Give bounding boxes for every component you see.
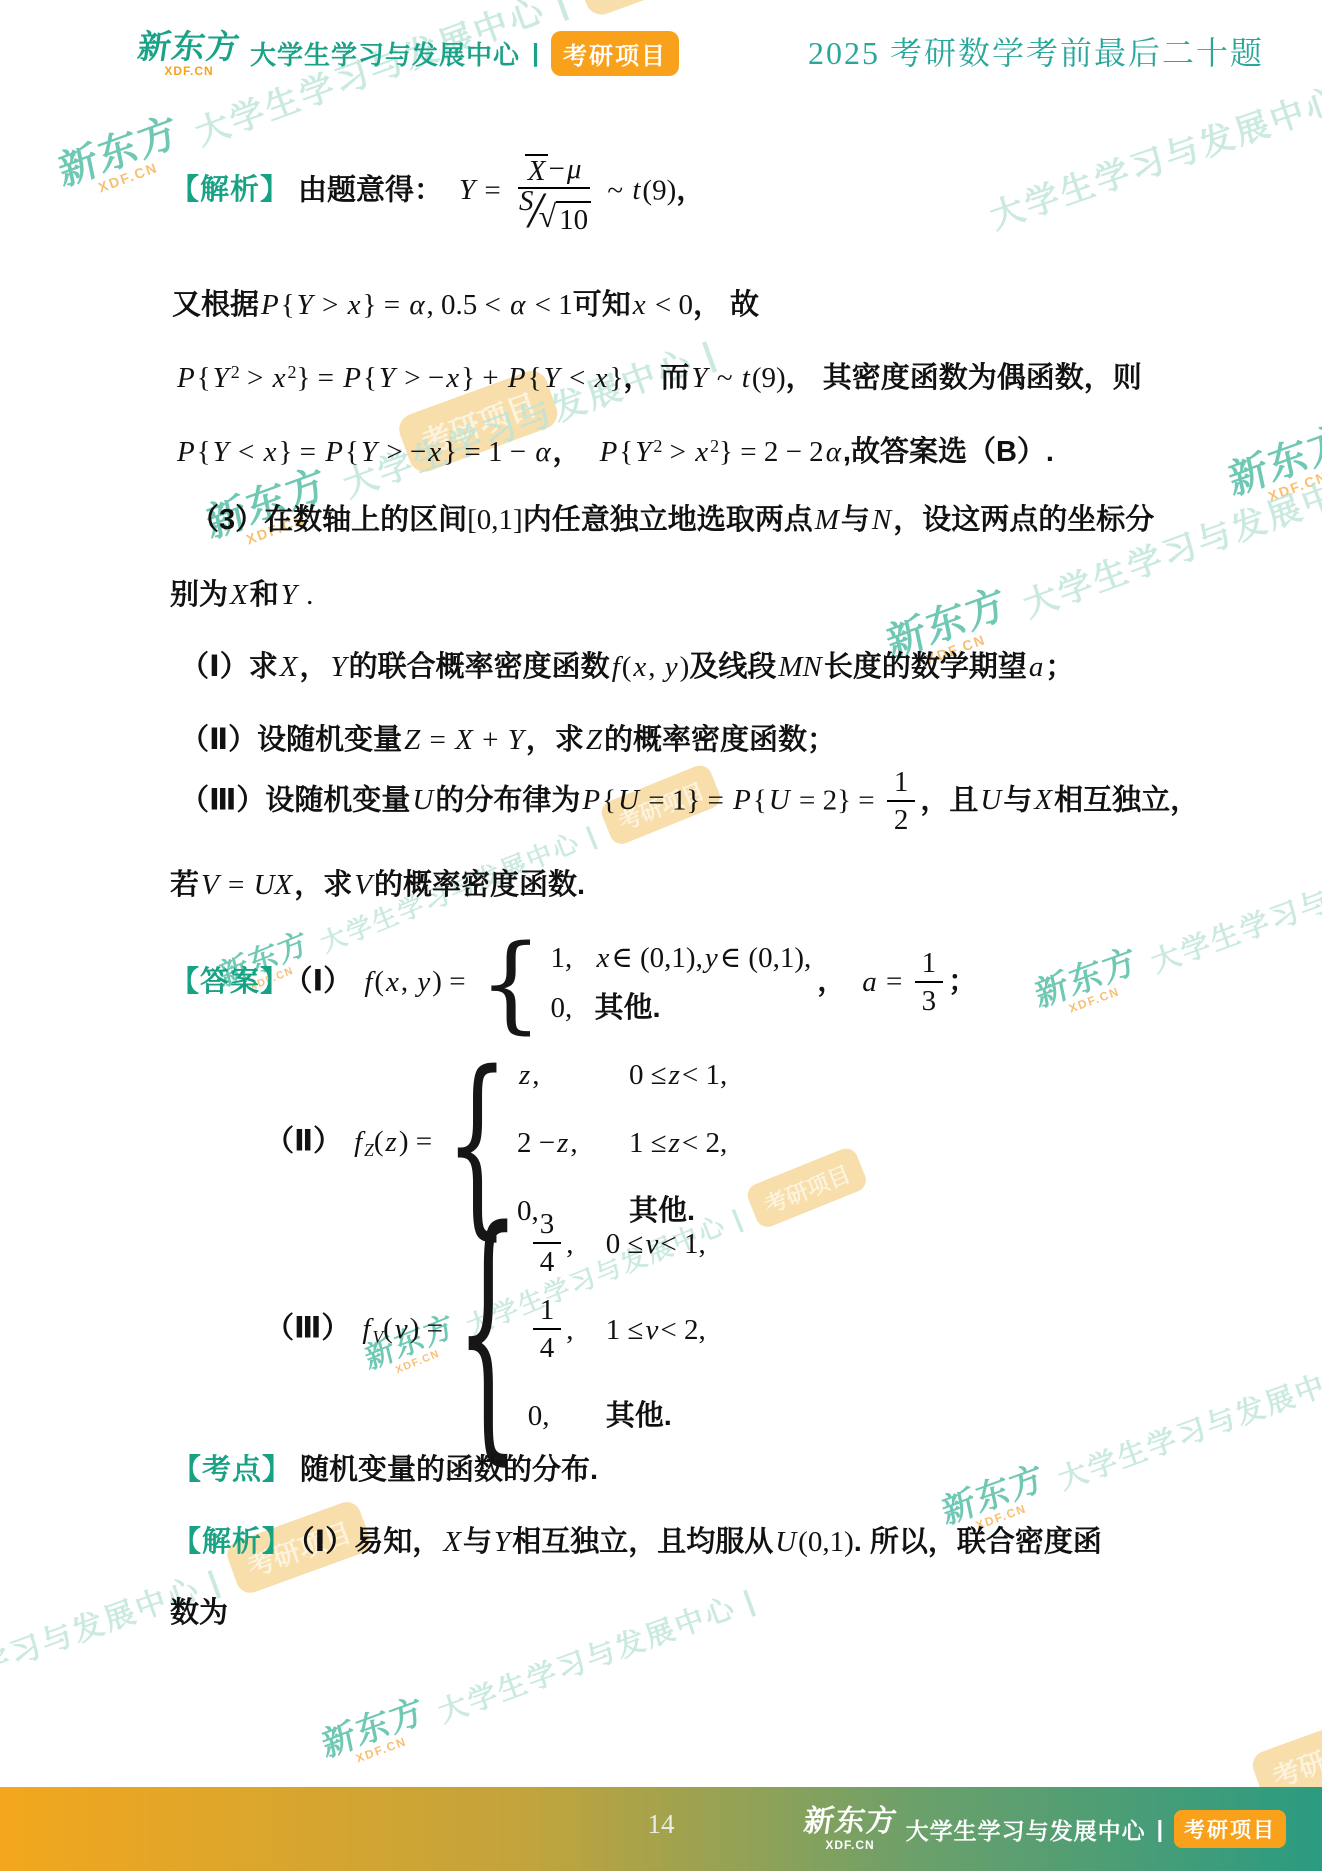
math-var: f <box>352 1126 364 1158</box>
math-run: { <box>281 289 295 321</box>
math-run: 3 <box>540 1207 555 1242</box>
math-var: U <box>978 784 1003 816</box>
footer-brand-domain: XDF.CN <box>825 1839 874 1851</box>
text-run: ， 故 <box>693 289 759 321</box>
piecewise-cases: {1,x ∈ (0,1), y ∈ (0,1),0,其他. <box>479 933 811 1033</box>
math-run: = <box>879 966 910 998</box>
math-var: v <box>393 1313 410 1345</box>
math-run: { <box>197 436 211 468</box>
math-run: ( <box>622 651 632 683</box>
doc-line-2: 又根据P{Y > x} = α, 0.5 < α < 1可知x < 0， 故 <box>172 285 759 326</box>
case-row: z,0 ≤ z < 1, <box>517 1041 727 1109</box>
math-var: U <box>410 784 435 816</box>
math-run: } = <box>363 289 408 321</box>
math-run: , <box>566 1224 573 1265</box>
math-run: , 0.5 < <box>427 289 509 321</box>
section-label: 【解析】 <box>170 174 290 206</box>
math-var: α <box>407 289 426 321</box>
superscript: 2 <box>231 362 240 382</box>
math-var: Y <box>279 579 299 611</box>
math-run: ~ <box>600 174 630 206</box>
math-run: ~ <box>710 362 740 394</box>
text-run: . 所以，联合密度函 <box>854 1526 1102 1558</box>
math-var: V <box>352 869 374 901</box>
math-run: 0 ≤ <box>629 1055 667 1096</box>
doc-line-15: 【解析】（Ⅰ）易知，X与Y相互独立，且均服从U(0,1). 所以，联合密度函 <box>172 1522 1102 1563</box>
text-run: （Ⅱ）设随机变量 <box>180 724 402 756</box>
math-var: v <box>643 1224 660 1265</box>
math-var: x <box>631 289 648 321</box>
text-run: ，求 <box>294 869 352 901</box>
text-run: 随机变量的函数的分布. <box>300 1454 598 1486</box>
text-run: 及线段 <box>689 651 776 683</box>
text-run: ； <box>948 966 977 998</box>
text-run: 由题意得： <box>298 174 443 206</box>
document-page: 新东方XDF.CN大学生学习与发展中心 |考研项目大学生学习与发展中心 |考研项… <box>0 0 1322 1871</box>
math-run: ( <box>374 966 384 998</box>
math-var: z <box>555 1123 570 1164</box>
math-var: P <box>323 436 345 468</box>
math-run: , <box>570 1123 577 1164</box>
math-var: x <box>384 966 401 998</box>
text-run: ， 而 <box>623 362 689 394</box>
text-run: ， 其密度函数为偶函数，则 <box>786 362 1142 394</box>
math-var: t <box>740 362 752 394</box>
center-name: 大学生学习与发展中心 <box>250 35 520 72</box>
math-run: , <box>401 966 416 998</box>
math-run: < 1, <box>660 1224 705 1265</box>
document-content: 【解析】由题意得：Y = X − μS/√10 ~ t(9)，又根据P{Y > … <box>0 0 1322 1871</box>
math-var: P <box>259 289 281 321</box>
text-run: ，且 <box>920 784 978 816</box>
text-run: （3）在数轴上的区间 <box>190 504 467 536</box>
math-var: a <box>1027 651 1046 683</box>
math-var: Z <box>584 724 604 756</box>
math-var: z <box>667 1123 682 1164</box>
math-run: = <box>477 174 508 206</box>
doc-line-5: （3）在数轴上的区间[0,1]内任意独立地选取两点M与N，设这两点的坐标分 <box>190 500 1154 541</box>
math-run: > <box>662 436 693 468</box>
doc-line-11: 【答案】（Ⅰ）f(x, y) = {1,x ∈ (0,1), y ∈ (0,1)… <box>170 933 977 1033</box>
footer-program-badge: 考研项目 <box>1174 1810 1286 1848</box>
footer-logo: 新东方 XDF.CN 大学生学习与发展中心 | 考研项目 <box>804 1807 1286 1851</box>
text-run: ， <box>300 651 329 683</box>
math-run: 1, <box>550 938 572 979</box>
fraction: X − μS/√10 <box>513 152 595 231</box>
math-run: (0,1) <box>798 1526 854 1558</box>
math-var: Y <box>211 436 231 468</box>
text-run: ， <box>553 436 582 468</box>
piecewise-cases: {34,0 ≤ v < 1,14,1 ≤ v < 2,0,其他. <box>456 1201 706 1459</box>
math-var: y <box>703 938 720 979</box>
math-var: Y <box>359 436 379 468</box>
math-var: P <box>580 784 602 816</box>
math-run: [0,1] <box>467 504 523 536</box>
math-run: } + <box>461 362 506 394</box>
math-var: P <box>175 436 197 468</box>
math-run: > − <box>379 436 426 468</box>
math-run: < <box>231 436 262 468</box>
math-run: = <box>422 724 453 756</box>
math-run: { <box>197 362 211 394</box>
math-var: z <box>517 1055 532 1096</box>
doc-line-14: 【考点】随机变量的函数的分布. <box>172 1450 598 1491</box>
math-var: x <box>631 651 648 683</box>
math-var: V <box>199 869 221 901</box>
subscript: Z <box>364 1140 374 1160</box>
curly-brace: { <box>456 1215 520 1445</box>
math-run: . <box>299 579 314 611</box>
math-var: α <box>533 436 552 468</box>
math-var: v <box>643 1310 660 1351</box>
doc-line-6: 别为X和Y . <box>170 575 313 616</box>
text-run: 与 <box>463 1526 492 1558</box>
math-run: > <box>240 362 271 394</box>
text-run: ，设这两点的坐标分 <box>893 504 1154 536</box>
math-run: 4 <box>540 1331 555 1366</box>
math-run: } = <box>279 436 324 468</box>
math-run: 1 <box>540 1293 555 1328</box>
text-run: （Ⅰ）易知， <box>300 1526 441 1558</box>
text-run: 别为 <box>170 579 228 611</box>
math-var: α <box>824 436 843 468</box>
math-var: Y <box>492 1526 512 1558</box>
math-run: ( <box>383 1313 393 1345</box>
math-run: 0, <box>528 1396 550 1437</box>
math-run: < 0 <box>648 289 693 321</box>
text-run: 的概率密度函数； <box>604 724 836 756</box>
case-row: 0,其他. <box>550 983 811 1033</box>
math-var: MN <box>776 651 824 683</box>
math-run: 3 <box>922 984 937 1019</box>
math-var: Y <box>506 724 526 756</box>
math-var: P <box>598 436 620 468</box>
math-run: 0, <box>550 988 572 1029</box>
math-var: α <box>508 289 527 321</box>
math-var: S <box>517 184 536 219</box>
math-run: 1 <box>894 765 909 800</box>
separator-bar: | <box>532 39 539 68</box>
fraction: 12 <box>887 765 916 839</box>
doc-line-10: 若V = UX，求V的概率密度函数. <box>170 865 585 906</box>
text-run: （Ⅲ）设随机变量 <box>180 784 410 816</box>
math-var: X <box>441 1526 463 1558</box>
text-run: ； <box>1045 651 1074 683</box>
math-var: x <box>693 436 710 468</box>
doc-line-1: 【解析】由题意得：Y = X − μS/√10 ~ t(9)， <box>170 152 705 231</box>
math-run: { <box>753 784 767 816</box>
subscript: V <box>372 1327 383 1347</box>
doc-line-16: 数为 <box>170 1593 228 1634</box>
text-run: 与 <box>1003 784 1032 816</box>
math-run: < 2, <box>682 1123 727 1164</box>
math-run: + <box>475 724 506 756</box>
math-var: U <box>616 784 641 816</box>
math-run: { <box>528 362 542 394</box>
text-run: 与 <box>841 504 870 536</box>
math-var: Y <box>211 362 231 394</box>
section-label: 【解析】 <box>172 1526 292 1558</box>
math-var: x <box>426 436 443 468</box>
math-var: P <box>506 362 528 394</box>
math-var: M <box>813 504 841 536</box>
math-run: = 1} = <box>641 784 731 816</box>
math-run: , <box>648 651 663 683</box>
case-row: 14,1 ≤ v < 2, <box>528 1287 706 1373</box>
math-run: (9) <box>642 174 676 206</box>
text-run: （Ⅰ） <box>298 966 352 998</box>
math-run: = <box>221 869 252 901</box>
page-header: 新东方 XDF.CN 大学生学习与发展中心 | 考研项目 2025 考研数学考前… <box>0 0 1322 110</box>
text-run: 可知 <box>573 289 631 321</box>
math-run: } = 2 − 2 <box>719 436 824 468</box>
math-var: X <box>278 651 300 683</box>
math-run: < 2, <box>660 1310 705 1351</box>
math-var: U <box>767 784 792 816</box>
math-run: 2 − <box>517 1123 555 1164</box>
text-run: ， <box>676 174 705 206</box>
text-run: （Ⅲ） <box>265 1313 350 1345</box>
math-var: f <box>362 966 374 998</box>
math-var: y <box>415 966 432 998</box>
math-var: P <box>731 784 753 816</box>
math-var: X <box>453 724 475 756</box>
math-var: P <box>341 362 363 394</box>
doc-title: 2025 考研数学考前最后二十题 <box>808 28 1264 74</box>
case-row: 34,0 ≤ v < 1, <box>528 1201 706 1287</box>
doc-line-8: （Ⅱ）设随机变量Z = X + Y，求Z的概率密度函数； <box>180 720 836 761</box>
footer-separator-bar: | <box>1157 1816 1163 1843</box>
math-run: , <box>532 1055 539 1096</box>
math-var: U <box>773 1526 798 1558</box>
text-run: 的联合概率密度函数 <box>349 651 610 683</box>
math-run: < <box>562 362 593 394</box>
math-run: 1 <box>922 946 937 981</box>
text-run: 数为 <box>170 1597 228 1629</box>
doc-line-4: P{Y < x} = P{Y > −x} = 1 − α，P{Y2 > x2} … <box>175 432 1054 473</box>
text-run: 内任意独立地选取两点 <box>523 504 813 536</box>
math-var: y <box>663 651 680 683</box>
math-run: (9) <box>752 362 786 394</box>
section-label: 【考点】 <box>172 1454 292 1486</box>
text-run: 的分布律为 <box>435 784 580 816</box>
math-run: } = 1 − <box>443 436 533 468</box>
superscript: 2 <box>288 362 297 382</box>
fraction: 34 <box>533 1207 562 1281</box>
math-run: ) = <box>399 1126 440 1158</box>
text-run: 若 <box>170 869 199 901</box>
text-run: 其他. <box>594 988 660 1029</box>
square-root: √10 <box>539 201 592 238</box>
math-run: , <box>566 1310 573 1351</box>
math-var: N <box>870 504 893 536</box>
math-var: z <box>667 1055 682 1096</box>
superscript: 2 <box>710 436 719 456</box>
brand-name: 新东方 <box>136 30 243 63</box>
doc-line-9: （Ⅲ）设随机变量U的分布律为P{U = 1} = P{U = 2} = 12，且… <box>180 765 1199 839</box>
math-var: Y <box>377 362 397 394</box>
math-run: 0 ≤ <box>606 1224 644 1265</box>
math-run: } <box>609 362 623 394</box>
math-var: Y <box>633 436 653 468</box>
text-run: 又根据 <box>172 289 259 321</box>
math-var: f <box>360 1313 372 1345</box>
math-run: ∈ (0,1), <box>720 938 812 979</box>
text-run: ， <box>817 966 846 998</box>
math-var: x <box>262 436 279 468</box>
math-run: = 2} = <box>792 784 882 816</box>
math-var: UX <box>252 869 295 901</box>
math-run: ( <box>374 1126 384 1158</box>
math-var: x <box>444 362 461 394</box>
math-var: t <box>630 174 642 206</box>
text-run: 的概率密度函数. <box>374 869 585 901</box>
math-run: ) <box>680 651 690 683</box>
math-var: Y <box>329 651 349 683</box>
brand-logo: 新东方 XDF.CN <box>138 30 240 77</box>
doc-line-7: （Ⅰ）求X，Y的联合概率密度函数f(x, y)及线段MN长度的数学期望a； <box>180 647 1074 688</box>
math-run: 2 <box>894 803 909 838</box>
text-run: 和 <box>250 579 279 611</box>
math-var: Y <box>295 289 315 321</box>
header-logo: 新东方 XDF.CN 大学生学习与发展中心 | 考研项目 <box>138 30 679 77</box>
math-var: X <box>228 579 250 611</box>
case-row: 2 − z,1 ≤ z < 2, <box>517 1109 727 1177</box>
math-var: z <box>384 1126 399 1158</box>
math-run: > <box>315 289 346 321</box>
math-run: − <box>548 152 564 187</box>
math-run: < 1 <box>527 289 572 321</box>
text-run: ，求 <box>526 724 584 756</box>
footer-center-name: 大学生学习与发展中心 <box>906 1813 1146 1846</box>
fraction: 13 <box>915 946 944 1020</box>
superscript: 2 <box>653 436 662 456</box>
math-run: ) = <box>410 1313 451 1345</box>
doc-line-3: P{Y2 > x2} = P{Y > −x} + P{Y < x}， 而Y ~ … <box>175 358 1142 399</box>
text-run: ,故答案选（B）. <box>843 436 1054 468</box>
footer-brand-name: 新东方 <box>801 1807 898 1837</box>
math-var: P <box>175 362 197 394</box>
curly-brace: { <box>479 938 543 1027</box>
math-run: } = <box>296 362 341 394</box>
math-var: x <box>346 289 363 321</box>
math-var: x <box>271 362 288 394</box>
doc-line-13: （Ⅲ）fV(v) = {34,0 ≤ v < 1,14,1 ≤ v < 2,0,… <box>265 1201 712 1459</box>
section-label: 【答案】 <box>170 966 290 998</box>
math-var: X <box>1032 784 1054 816</box>
math-run: { <box>602 784 616 816</box>
math-run: { <box>345 436 359 468</box>
text-run: 长度的数学期望 <box>824 651 1027 683</box>
text-run: 相互独立，且均服从 <box>512 1526 773 1558</box>
text-run: 相互独立， <box>1054 784 1199 816</box>
math-var: Z <box>402 724 422 756</box>
case-row: 1,x ∈ (0,1), y ∈ (0,1), <box>550 933 811 983</box>
program-badge: 考研项目 <box>551 31 679 76</box>
math-var: x <box>594 938 611 979</box>
math-run: 1 ≤ <box>606 1310 644 1351</box>
footer-brand-logo: 新东方 XDF.CN <box>804 1807 897 1851</box>
text-run: （Ⅰ）求 <box>180 651 278 683</box>
math-run: 1 ≤ <box>629 1123 667 1164</box>
math-run: ) = <box>432 966 473 998</box>
brand-domain: XDF.CN <box>164 65 213 77</box>
math-var: Y <box>457 174 477 206</box>
math-var: x <box>593 362 610 394</box>
math-var: f <box>610 651 622 683</box>
math-var: Y <box>542 362 562 394</box>
text-run: （Ⅱ） <box>265 1126 342 1158</box>
math-run: < 1, <box>682 1055 727 1096</box>
math-var: μ <box>565 152 584 187</box>
math-run: 4 <box>540 1245 555 1280</box>
fraction: 14 <box>533 1293 562 1367</box>
math-run: > − <box>397 362 444 394</box>
math-var: a <box>860 966 879 998</box>
text-run: 其他. <box>606 1396 672 1437</box>
math-var: Y <box>689 362 709 394</box>
math-run: { <box>363 362 377 394</box>
footer-bar: 14 新东方 XDF.CN 大学生学习与发展中心 | 考研项目 <box>0 1787 1322 1871</box>
case-row: 0,其他. <box>528 1373 706 1459</box>
math-run: ∈ (0,1), <box>611 938 703 979</box>
math-run: { <box>619 436 633 468</box>
